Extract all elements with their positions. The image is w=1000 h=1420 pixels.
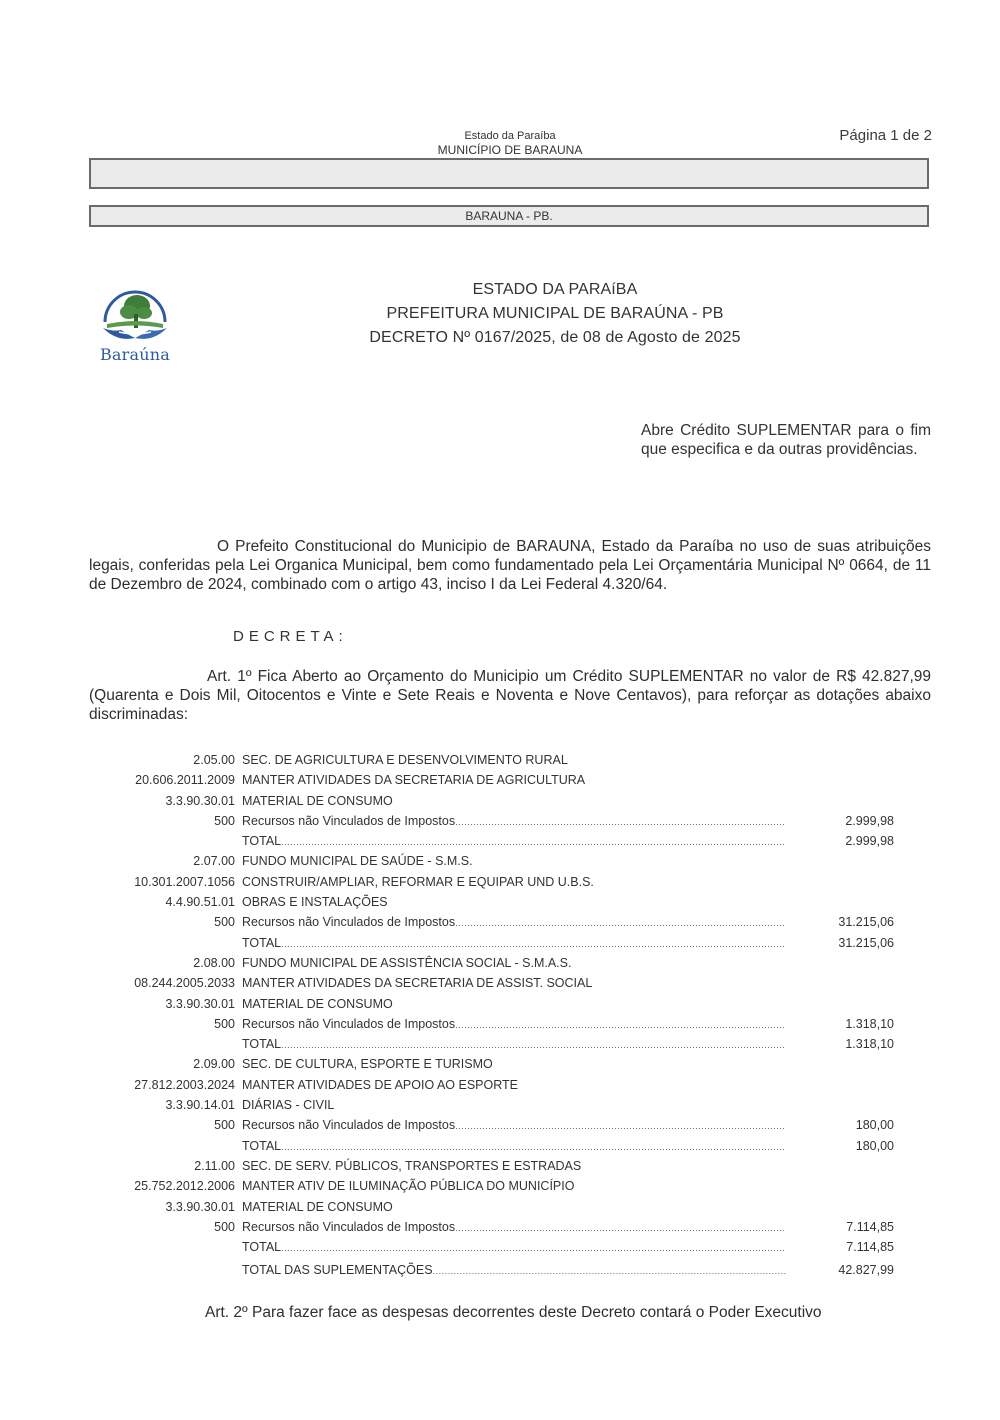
- total-row: TOTAL 1.318,10: [100, 1034, 910, 1054]
- dot-leader: [455, 1014, 786, 1035]
- total-row: TOTAL 7.114,85: [100, 1237, 910, 1257]
- source-amount: 2.999,98: [774, 811, 894, 831]
- action-row: 08.244.2005.2033MANTER ATIVIDADES DA SEC…: [100, 973, 910, 993]
- title-prefeitura: PREFEITURA MUNICIPAL DE BARAÚNA - PB: [300, 305, 810, 323]
- allocation-table: 2.05.00SEC. DE AGRICULTURA E DESENVOLVIM…: [100, 750, 910, 1281]
- source-leader: Recursos não Vinculados de Impostos: [242, 1115, 786, 1136]
- action-code: 10.301.2007.1056: [100, 872, 235, 892]
- source-name: Recursos não Vinculados de Impostos: [242, 1217, 455, 1238]
- title-state: ESTADO DA PARAíBA: [300, 281, 810, 299]
- article-2: Art. 2º Para fazer face as despesas deco…: [89, 1303, 931, 1322]
- total-row: TOTAL 180,00: [100, 1136, 910, 1156]
- source-code: 500: [100, 1217, 235, 1237]
- source-code: 500: [100, 1115, 235, 1135]
- source-row: 500Recursos não Vinculados de Impostos18…: [100, 1115, 910, 1135]
- total-amount: 180,00: [774, 1136, 894, 1156]
- action-code: 25.752.2012.2006: [100, 1176, 235, 1196]
- element-code: 3.3.90.30.01: [100, 994, 235, 1014]
- action-row: 25.752.2012.2006MANTER ATIV DE ILUMINAÇÃ…: [100, 1176, 910, 1196]
- article-1: Art. 1º Fica Aberto ao Orçamento do Muni…: [89, 667, 931, 724]
- unit-code: 2.08.00: [100, 953, 235, 973]
- unit-name: FUNDO MUNICIPAL DE SAÚDE - S.M.S.: [242, 851, 473, 871]
- action-name: MANTER ATIV DE ILUMINAÇÃO PÚBLICA DO MUN…: [242, 1176, 574, 1196]
- element-code: 3.3.90.30.01: [100, 1197, 235, 1217]
- grand-total-row: TOTAL DAS SUPLEMENTAÇÕES 42.827,99: [100, 1260, 910, 1280]
- action-row: 10.301.2007.1056CONSTRUIR/AMPLIAR, REFOR…: [100, 872, 910, 892]
- unit-code: 2.05.00: [100, 750, 235, 770]
- element-name: OBRAS E INSTALAÇÕES: [242, 892, 388, 912]
- element-row: 4.4.90.51.01OBRAS E INSTALAÇÕES: [100, 892, 910, 912]
- source-amount: 1.318,10: [774, 1014, 894, 1034]
- source-row: 500Recursos não Vinculados de Impostos31…: [100, 912, 910, 932]
- unit-row: 2.09.00SEC. DE CULTURA, ESPORTE E TURISM…: [100, 1054, 910, 1074]
- source-amount: 180,00: [774, 1115, 894, 1135]
- dot-leader: [433, 1260, 786, 1281]
- preamble-paragraph: O Prefeito Constitucional do Municipio d…: [89, 537, 931, 594]
- report-header-box-top: [89, 158, 929, 189]
- action-name: CONSTRUIR/AMPLIAR, REFORMAR E EQUIPAR UN…: [242, 872, 594, 892]
- unit-name: FUNDO MUNICIPAL DE ASSISTÊNCIA SOCIAL - …: [242, 953, 571, 973]
- total-leader: TOTAL: [242, 1136, 786, 1157]
- total-leader: TOTAL: [242, 831, 786, 852]
- title-decree-number: DECRETO Nº 0167/2025, de 08 de Agosto de…: [300, 329, 810, 347]
- unit-name: SEC. DE SERV. PÚBLICOS, TRANSPORTES E ES…: [242, 1156, 581, 1176]
- dot-leader: [455, 1115, 786, 1136]
- element-name: MATERIAL DE CONSUMO: [242, 1197, 393, 1217]
- total-amount: 31.215,06: [774, 933, 894, 953]
- element-row: 3.3.90.30.01MATERIAL DE CONSUMO: [100, 1197, 910, 1217]
- source-name: Recursos não Vinculados de Impostos: [242, 1014, 455, 1035]
- action-row: 27.812.2003.2024MANTER ATIVIDADES DE APO…: [100, 1075, 910, 1095]
- total-label: TOTAL: [242, 1136, 281, 1157]
- decree-summary: Abre Crédito SUPLEMENTAR para o fim que …: [641, 421, 931, 459]
- action-name: MANTER ATIVIDADES DA SECRETARIA DE ASSIS…: [242, 973, 592, 993]
- element-row: 3.3.90.14.01DIÁRIAS - CIVIL: [100, 1095, 910, 1115]
- source-code: 500: [100, 912, 235, 932]
- total-row: TOTAL 31.215,06: [100, 933, 910, 953]
- element-row: 3.3.90.30.01MATERIAL DE CONSUMO: [100, 791, 910, 811]
- unit-row: 2.07.00FUNDO MUNICIPAL DE SAÚDE - S.M.S.: [100, 851, 910, 871]
- element-code: 3.3.90.30.01: [100, 791, 235, 811]
- action-code: 20.606.2011.2009: [100, 770, 235, 790]
- element-name: DIÁRIAS - CIVIL: [242, 1095, 334, 1115]
- report-header-state: Estado da Paraíba: [380, 130, 640, 142]
- dot-leader: [281, 1034, 786, 1055]
- source-leader: Recursos não Vinculados de Impostos: [242, 1217, 786, 1238]
- dot-leader: [281, 1136, 786, 1157]
- source-leader: Recursos não Vinculados de Impostos: [242, 1014, 786, 1035]
- total-leader: TOTAL: [242, 933, 786, 954]
- total-amount: 1.318,10: [774, 1034, 894, 1054]
- action-row: 20.606.2011.2009MANTER ATIVIDADES DA SEC…: [100, 770, 910, 790]
- dot-leader: [281, 831, 786, 852]
- source-row: 500Recursos não Vinculados de Impostos2.…: [100, 811, 910, 831]
- source-code: 500: [100, 811, 235, 831]
- page-indicator: Página 1 de 2: [780, 127, 932, 144]
- action-name: MANTER ATIVIDADES DA SECRETARIA DE AGRIC…: [242, 770, 585, 790]
- total-label: TOTAL: [242, 831, 281, 852]
- total-row: TOTAL 2.999,98: [100, 831, 910, 851]
- source-name: Recursos não Vinculados de Impostos: [242, 912, 455, 933]
- source-leader: Recursos não Vinculados de Impostos: [242, 811, 786, 832]
- unit-name: SEC. DE CULTURA, ESPORTE E TURISMO: [242, 1054, 493, 1074]
- unit-row: 2.11.00SEC. DE SERV. PÚBLICOS, TRANSPORT…: [100, 1156, 910, 1176]
- source-row: 500Recursos não Vinculados de Impostos7.…: [100, 1217, 910, 1237]
- source-name: Recursos não Vinculados de Impostos: [242, 811, 455, 832]
- dot-leader: [455, 912, 786, 933]
- action-code: 08.244.2005.2033: [100, 973, 235, 993]
- element-row: 3.3.90.30.01MATERIAL DE CONSUMO: [100, 994, 910, 1014]
- total-amount: 2.999,98: [774, 831, 894, 851]
- grand-total-leader: TOTAL DAS SUPLEMENTAÇÕES: [242, 1260, 786, 1281]
- dot-leader: [281, 933, 786, 954]
- unit-name: SEC. DE AGRICULTURA E DESENVOLVIMENTO RU…: [242, 750, 568, 770]
- grand-total-label: TOTAL DAS SUPLEMENTAÇÕES: [242, 1260, 433, 1281]
- element-name: MATERIAL DE CONSUMO: [242, 791, 393, 811]
- logo-text: Baraúna: [96, 345, 174, 364]
- total-label: TOTAL: [242, 1034, 281, 1055]
- report-header-municipality: MUNICÍPIO DE BARAUNA: [380, 143, 640, 157]
- element-code: 3.3.90.14.01: [100, 1095, 235, 1115]
- dot-leader: [281, 1237, 786, 1258]
- source-amount: 7.114,85: [774, 1217, 894, 1237]
- report-header-box-bottom: BARAUNA - PB.: [89, 205, 929, 227]
- source-amount: 31.215,06: [774, 912, 894, 932]
- total-amount: 7.114,85: [774, 1237, 894, 1257]
- grand-total-amount: 42.827,99: [774, 1260, 894, 1280]
- dot-leader: [455, 1217, 786, 1238]
- unit-code: 2.11.00: [100, 1156, 235, 1176]
- total-leader: TOTAL: [242, 1034, 786, 1055]
- decreta-heading: DECRETA:: [233, 628, 348, 645]
- total-label: TOTAL: [242, 933, 281, 954]
- source-leader: Recursos não Vinculados de Impostos: [242, 912, 786, 933]
- unit-code: 2.09.00: [100, 1054, 235, 1074]
- dot-leader: [455, 811, 786, 832]
- element-code: 4.4.90.51.01: [100, 892, 235, 912]
- total-leader: TOTAL: [242, 1237, 786, 1258]
- total-label: TOTAL: [242, 1237, 281, 1258]
- source-name: Recursos não Vinculados de Impostos: [242, 1115, 455, 1136]
- element-name: MATERIAL DE CONSUMO: [242, 994, 393, 1014]
- unit-row: 2.08.00FUNDO MUNICIPAL DE ASSISTÊNCIA SO…: [100, 953, 910, 973]
- action-name: MANTER ATIVIDADES DE APOIO AO ESPORTE: [242, 1075, 518, 1095]
- source-code: 500: [100, 1014, 235, 1034]
- source-row: 500Recursos não Vinculados de Impostos1.…: [100, 1014, 910, 1034]
- unit-code: 2.07.00: [100, 851, 235, 871]
- action-code: 27.812.2003.2024: [100, 1075, 235, 1095]
- unit-row: 2.05.00SEC. DE AGRICULTURA E DESENVOLVIM…: [100, 750, 910, 770]
